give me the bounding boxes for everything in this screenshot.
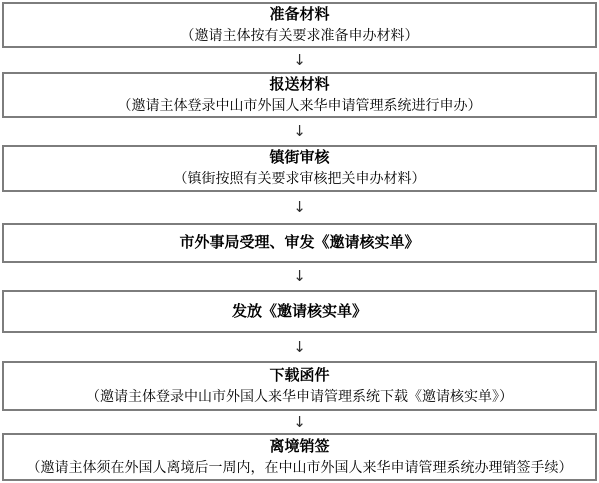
step-subtitle: （邀请主体登录中山市外国人来华申请管理系统进行申办）: [118, 95, 482, 116]
step-title: 下载函件: [269, 366, 329, 386]
flowchart: 准备材料 （邀请主体按有关要求准备申办材料） ↓ 报送材料 （邀请主体登录中山市…: [0, 0, 599, 483]
step-title: 发放《邀请核实单》: [232, 302, 367, 322]
flow-step-departure-cancel-visa: 离境销签 （邀请主体须在外国人离境后一周内，在中山市外国人来华申请管理系统办理销…: [2, 433, 597, 481]
step-title: 报送材料: [269, 75, 329, 95]
step-subtitle: （邀请主体登录中山市外国人来华申请管理系统下载《邀请核实单》）: [86, 386, 513, 407]
down-arrow-icon: ↓: [2, 118, 597, 145]
flow-step-download-letter: 下载函件 （邀请主体登录中山市外国人来华申请管理系统下载《邀请核实单》）: [2, 361, 597, 411]
flow-step-prepare-materials: 准备材料 （邀请主体按有关要求准备申办材料）: [2, 2, 597, 48]
step-title: 准备材料: [269, 5, 329, 25]
flow-step-issue-verification: 发放《邀请核实单》: [2, 290, 597, 333]
step-subtitle: （镇街按照有关要求审核把关申办材料）: [174, 168, 426, 189]
step-title: 市外事局受理、审发《邀请核实单》: [179, 233, 419, 253]
flow-step-foreign-affairs-review: 市外事局受理、审发《邀请核实单》: [2, 223, 597, 263]
down-arrow-icon: ↓: [2, 411, 597, 433]
step-title: 镇街审核: [269, 148, 329, 168]
flow-step-town-review: 镇街审核 （镇街按照有关要求审核把关申办材料）: [2, 145, 597, 192]
flow-step-submit-materials: 报送材料 （邀请主体登录中山市外国人来华申请管理系统进行申办）: [2, 72, 597, 118]
step-subtitle: （邀请主体须在外国人离境后一周内，在中山市外国人来华申请管理系统办理销签手续）: [27, 457, 573, 478]
step-subtitle: （邀请主体按有关要求准备申办材料）: [181, 25, 419, 46]
down-arrow-icon: ↓: [2, 263, 597, 290]
down-arrow-icon: ↓: [2, 192, 597, 223]
step-title: 离境销签: [269, 437, 329, 457]
down-arrow-icon: ↓: [2, 333, 597, 361]
down-arrow-icon: ↓: [2, 48, 597, 72]
